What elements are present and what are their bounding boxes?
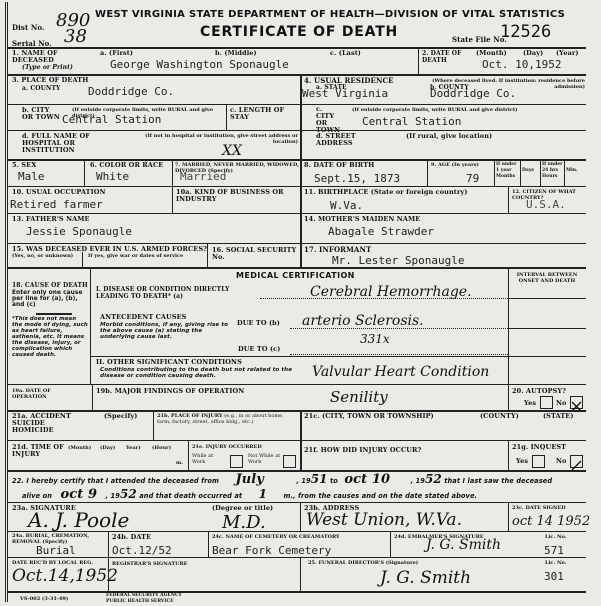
degree-label: (Degree or title) <box>212 505 273 512</box>
findings-value: Senility <box>330 388 388 406</box>
state-file-value: 12526 <box>500 22 551 42</box>
injury-year-label: Year) <box>126 445 141 451</box>
autopsy-no-checkbox[interactable] <box>570 396 583 409</box>
pod-stay-label: c. LENGTH OF STAY <box>230 107 300 121</box>
registrar-signature-label: REGISTRAR'S SIGNATURE <box>112 561 187 567</box>
burial-date-label: 24b. DATE <box>112 534 151 541</box>
cause-note: *This does not mean the mode of dying, s… <box>12 316 88 358</box>
accident-specify-label: (Specify) <box>104 413 137 420</box>
address-value: West Union, W.Va. <box>306 510 462 530</box>
certify-line-2: alive on oct 9 , 1952 and that death occ… <box>22 491 477 500</box>
armed-forces-note2: If yes, give war or dates of service <box>88 253 183 259</box>
under-day-hours-label: If under 24 hrs Hours <box>542 162 566 180</box>
race-value: White <box>96 171 129 183</box>
days-label: Days <box>522 168 534 174</box>
dob-label: 8. DATE OF BIRTH <box>304 162 374 169</box>
funeral-director-label: 25. FUNERAL DIRECTOR'S (Signature) <box>308 560 418 566</box>
inquest-no-label: No <box>556 458 566 465</box>
director-lic-value: 301 <box>544 571 564 583</box>
footer-agency-2: PUBLIC HEALTH SERVICE <box>106 599 174 605</box>
res-city-value: Central Station <box>362 116 461 128</box>
injury-county-label: (COUNTY) <box>480 413 519 420</box>
injury-state-label: (STATE) <box>543 413 574 420</box>
cause-of-death-label: 18. CAUSE OF DEATH <box>12 282 88 289</box>
serial-value: 38 <box>64 26 87 47</box>
middle-name-label: b. (Middle) <box>215 50 257 57</box>
dod-year-label: (Year) <box>556 50 579 57</box>
autopsy-label: 20. AUTOPSY? <box>512 388 566 395</box>
citizen-value: U.S.A. <box>526 199 566 211</box>
business-label: 10a. KIND OF BUSINESS OR INDUSTRY <box>176 189 296 203</box>
other-conditions-label: II. OTHER SIGNIFICANT CONDITIONS <box>96 359 242 366</box>
residence-label: 4. USUAL RESIDENCE <box>304 77 394 84</box>
race-label: 6. COLOR OR RACE <box>90 162 163 169</box>
embalmer-lic-value: 571 <box>544 545 564 557</box>
due-to-b-value: arterio Sclerosis. <box>302 313 424 329</box>
res-county-value: Doddridge Co. <box>430 88 516 100</box>
pod-county-label: a. COUNTY <box>22 85 60 92</box>
date-signed-label: 23c. DATE SIGNED <box>512 505 566 511</box>
due-to-b-label: DUE TO (b) <box>237 320 280 327</box>
mother-label: 14. MOTHER'S MAIDEN NAME <box>304 216 420 223</box>
ssn-label: 16. SOCIAL SECURITY No. <box>212 247 298 261</box>
age-value: 79 <box>466 173 479 185</box>
deceased-name-value: George Washington Sponaugle <box>110 59 289 71</box>
certify-line-1: 22. I hereby certify that I attended the… <box>12 476 552 485</box>
injury-city-label: 21c. (CITY, TOWN OR TOWNSHIP) <box>304 413 434 420</box>
name-label: 1. NAME OF DECEASED <box>12 50 82 64</box>
death-certificate: Dist No. 890 Serial No. 38 WEST VIRGINIA… <box>0 0 601 606</box>
pod-city-value: Central Station <box>62 114 161 126</box>
date-of-death-value: Oct. 10,1952 <box>482 59 561 71</box>
injury-day-label: (Day) <box>100 445 115 451</box>
antecedent-note: Morbid conditions, if any, giving rise t… <box>100 322 230 340</box>
dod-month-label: (Month) <box>476 50 507 57</box>
interval-label: INTERVAL BETWEEN ONSET AND DEATH <box>512 272 582 284</box>
injury-hour-label: (Hour) <box>152 445 171 451</box>
not-while-at-work-checkbox[interactable] <box>283 455 296 468</box>
burial-date-value: Oct.12/52 <box>112 545 172 557</box>
date-recd-value: Oct.14,1952 <box>12 566 118 586</box>
other-conditions-note: Conditions contributing to the death but… <box>100 367 310 379</box>
autopsy-yes-checkbox[interactable] <box>540 396 553 409</box>
pod-county-value: Doddridge Co. <box>88 86 174 98</box>
pod-city-label: b. CITY OR TOWN <box>22 107 62 121</box>
date-signed-value: oct 14 1952 <box>512 514 590 529</box>
birthplace-value: W.Va. <box>330 200 363 212</box>
pod-hospital-value: XX <box>222 143 242 159</box>
physician-signature-value: A. J. Poole <box>28 508 129 532</box>
first-name-label: a. (First) <box>100 50 133 57</box>
autopsy-yes-label: Yes <box>524 400 536 407</box>
pod-hospital-note: (If not in hospital or institution, give… <box>126 133 298 145</box>
cemetery-label: 24c. NAME OF CEMETERY OR CREAMATORY <box>212 534 340 540</box>
findings-label: 19b. MAJOR FINDINGS OF OPERATION <box>96 388 244 395</box>
burial-type-value: Burial <box>36 545 76 557</box>
place-of-death-label: 3. PLACE OF DEATH <box>12 77 88 84</box>
inquest-no-checkbox[interactable] <box>570 455 583 468</box>
under-year-months-label: If under 1 year Months <box>496 162 520 180</box>
inquest-yes-label: Yes <box>516 458 528 465</box>
sex-label: 5. SEX <box>12 162 36 169</box>
medical-certification-heading: MEDICAL CERTIFICATION <box>236 272 355 279</box>
res-street-label: d. STREET ADDRESS <box>316 133 376 147</box>
pod-hospital-label: d. FULL NAME OF HOSPITAL OR INSTITUTION <box>22 133 102 154</box>
informant-value: Mr. Lester Sponaugle <box>332 255 464 267</box>
name-sublabel: (Type or Print) <box>22 64 73 71</box>
last-name-label: c. (Last) <box>330 50 361 57</box>
antecedent-label: ANTECEDENT CAUSES <box>100 314 186 321</box>
degree-value: M.D. <box>222 512 266 533</box>
form-number: VS-002 (3-31-49) <box>20 596 68 602</box>
occupation-label: 10. USUAL OCCUPATION <box>12 189 106 196</box>
mother-value: Abagale Strawder <box>328 226 434 238</box>
disease-condition-label: I. DISEASE OR CONDITION DIRECTLY LEADING… <box>96 286 256 300</box>
while-at-work-label: While at Work <box>192 453 220 465</box>
age-label: 9. AGE (In years) <box>431 162 479 168</box>
occupation-value: Retired farmer <box>10 199 103 211</box>
while-at-work-checkbox[interactable] <box>230 455 243 468</box>
res-street-note: (If rural, give location) <box>406 133 492 140</box>
cause-instructions: Enter only one cause per line for (a), (… <box>12 290 88 309</box>
not-while-at-work-label: Not While at Work <box>248 453 284 465</box>
due-to-c-label: DUE TO (c) <box>238 346 280 353</box>
marital-value: Married <box>180 171 226 183</box>
other-conditions-value: Valvular Heart Condition <box>312 364 489 380</box>
res-state-value: West Virginia <box>302 88 388 100</box>
inquest-label: 21g. INQUEST <box>512 444 566 451</box>
director-lic-label: Lic. No. <box>545 560 567 566</box>
autopsy-no-label: No <box>556 400 566 407</box>
min-label: Min. <box>566 168 578 174</box>
cemetery-value: Bear Fork Cemetery <box>212 545 331 557</box>
certificate-title: CERTIFICATE OF DEATH <box>200 24 398 40</box>
injury-time-label: 21d. TIME OF INJURY <box>12 444 72 458</box>
due-to-c-value: 331x <box>360 332 390 346</box>
operation-date-label: 19a. DATE OF OPERATION <box>12 388 72 400</box>
injury-place-label: 21b. PLACE OF INJURY (e.g., in or about … <box>157 413 297 425</box>
informant-label: 17. INFORMANT <box>304 246 371 253</box>
embalmer-signature-value: J. G. Smith <box>426 537 501 553</box>
state-file-label: State File No. <box>452 36 507 43</box>
birthplace-label: 11. BIRTHPLACE (State or foreign country… <box>304 189 468 196</box>
dod-day-label: (Day) <box>523 50 543 57</box>
injury-m-label: m. <box>176 460 183 466</box>
serial-label: Serial No. <box>12 40 52 47</box>
embalmer-lic-label: Lic. No. <box>545 534 567 540</box>
dob-value: Sept.15, 1873 <box>314 173 400 185</box>
how-injury-label: 21f. HOW DID INJURY OCCUR? <box>304 447 421 454</box>
accident-label: 21a. ACCIDENT SUICIDE HOMICIDE <box>12 413 82 434</box>
res-city-note: (If outside corporate limits, write RURA… <box>352 107 572 113</box>
armed-forces-note1: (Yes, no, or unknown) <box>12 253 73 259</box>
father-label: 13. FATHER'S NAME <box>12 216 90 223</box>
father-value: Jessie Sponaugle <box>26 226 132 238</box>
injury-occurred-label: 21e. INJURY OCCURRED <box>192 444 262 450</box>
sex-value: Male <box>18 171 45 183</box>
funeral-director-signature-value: J. G. Smith <box>380 568 471 588</box>
date-of-death-label: 2. DATE OF DEATH <box>422 50 462 64</box>
armed-forces-label: 15. WAS DECEASED EVER IN U.S. ARMED FORC… <box>12 246 207 253</box>
inquest-yes-checkbox[interactable] <box>532 455 545 468</box>
agency-heading: WEST VIRGINIA STATE DEPARTMENT OF HEALTH… <box>95 9 565 20</box>
dist-label: Dist No. <box>12 24 45 31</box>
injury-month-label: (Month) <box>68 445 91 451</box>
